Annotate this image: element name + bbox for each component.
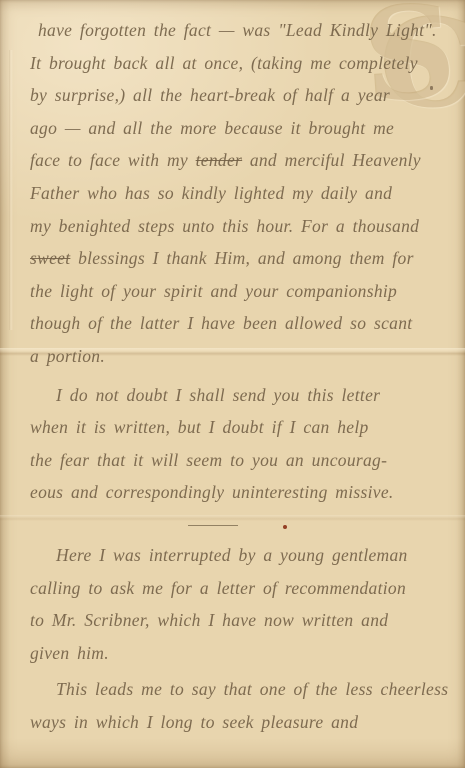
letter-line: though of the latter I have been allowed…	[30, 307, 441, 340]
struck-word: tender	[196, 150, 243, 170]
section-divider-row	[30, 513, 441, 527]
letter-line: ways in which I long to seek pleasure an…	[30, 706, 441, 739]
section-divider	[188, 525, 238, 526]
letter-line: This leads me to say that one of the les…	[30, 673, 441, 706]
letter-line: sweet blessings I thank Him, and among t…	[30, 242, 441, 275]
letter-line: to Mr. Scribner, which I have now writte…	[30, 604, 441, 637]
letter-line: ago — and all the more because it brough…	[30, 112, 441, 145]
letter-line: have forgotten the fact — was "Lead Kind…	[30, 14, 441, 47]
letter-line: by surprise,) all the heart-break of hal…	[30, 79, 441, 112]
letter-line: eous and correspondingly uninteresting m…	[30, 476, 441, 509]
letter-page: C S have forgotten the fact — was "Lead …	[0, 0, 465, 768]
letter-line: Father who has so kindly lighted my dail…	[30, 177, 441, 210]
letter-line: the fear that it will seem to you an unc…	[30, 444, 441, 477]
letter-line: the light of your spirit and your compan…	[30, 275, 441, 308]
paper-speck	[430, 86, 433, 90]
struck-word: sweet	[30, 248, 70, 268]
letter-line: a portion.	[30, 340, 441, 373]
letter-line: calling to ask me for a letter of recomm…	[30, 572, 441, 605]
ink-speck-red	[283, 525, 287, 529]
letter-line: It brought back all at once, (taking me …	[30, 47, 441, 80]
letter-line: face to face with my tender and merciful…	[30, 144, 441, 177]
letter-line: Here I was interrupted by a young gentle…	[30, 539, 441, 572]
letter-line: given him.	[30, 637, 441, 670]
letter-line: when it is written, but I doubt if I can…	[30, 411, 441, 444]
letter-line: my benighted steps unto this hour. For a…	[30, 210, 441, 243]
letter-line: I do not doubt I shall send you this let…	[30, 379, 441, 412]
letter-body: have forgotten the fact — was "Lead Kind…	[0, 14, 465, 738]
